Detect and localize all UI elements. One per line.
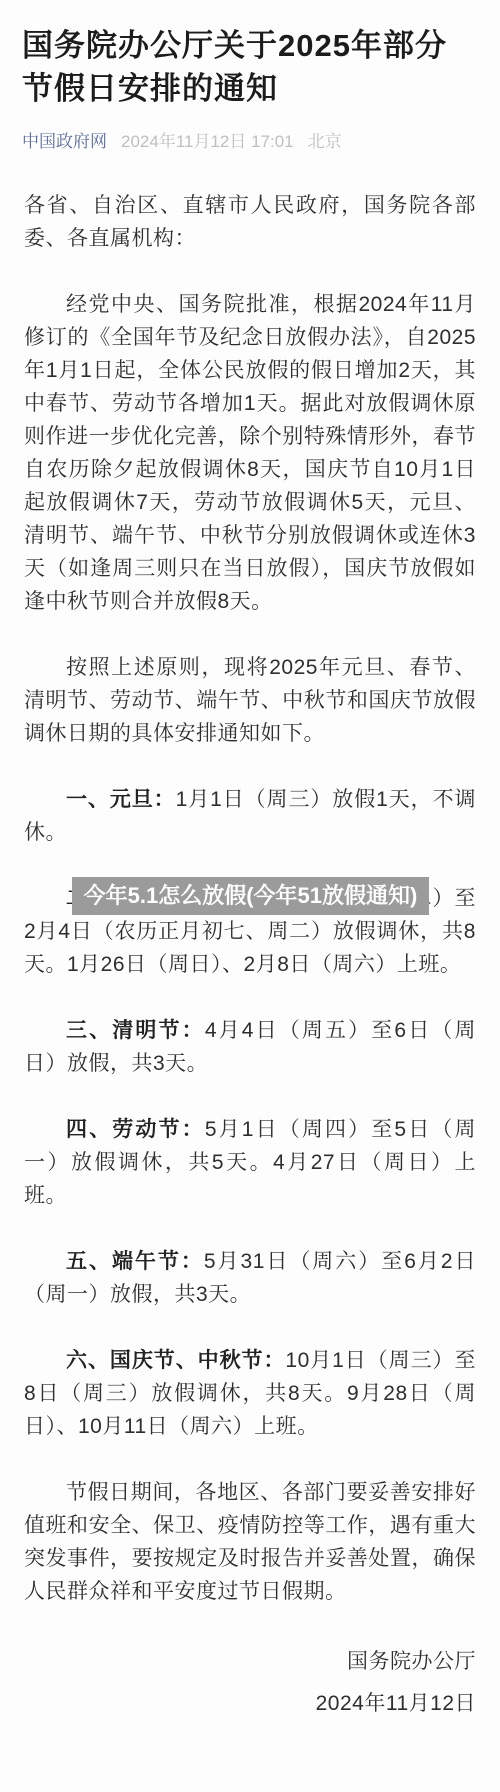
- holiday-item-lead: 五、端午节：: [66, 1250, 204, 1273]
- signature-date: 2024年11月12日: [316, 1692, 476, 1715]
- holiday-item-lead: 六、国庆节、中秋节：: [66, 1349, 285, 1372]
- closing-paragraph: 节假日期间，各地区、各部门要妥善安排好值班和安全、保卫、疫情防控等工作，遇有重大…: [24, 1476, 476, 1608]
- article-page: 国务院办公厅关于2025年部分节假日安排的通知 中国政府网 2024年11月12…: [0, 0, 500, 1792]
- holiday-item-qingming: 三、清明节：4月4日（周五）至6日（周日）放假，共3天。: [24, 1014, 476, 1080]
- page-title: 国务院办公厅关于2025年部分节假日安排的通知: [22, 24, 478, 110]
- article-meta: 中国政府网 2024年11月12日 17:01 北京: [22, 127, 478, 152]
- publish-location: 北京: [308, 127, 342, 152]
- paragraph: 按照上述原则，现将2025年元旦、春节、清明节、劳动节、端午节、中秋节和国庆节放…: [24, 651, 476, 750]
- article-header: 国务院办公厅关于2025年部分节假日安排的通知 中国政府网 2024年11月12…: [0, 0, 500, 152]
- watermark-overlay: 今年5.1怎么放假(今年51放假通知): [72, 877, 429, 915]
- article-body: 各省、自治区、直辖市人民政府，国务院各部委、各直属机构： 经党中央、国务院批准，…: [0, 152, 500, 1725]
- signature-org: 国务院办公厅: [347, 1650, 476, 1673]
- salutation: 各省、自治区、直辖市人民政府，国务院各部委、各直属机构：: [24, 189, 476, 255]
- holiday-item-labor-day: 四、劳动节：5月1日（周四）至5日（周一）放假调休，共5天。4月27日（周日）上…: [24, 1113, 476, 1212]
- signature-block: 国务院办公厅 2024年11月12日: [24, 1641, 476, 1725]
- holiday-item-lead: 四、劳动节：: [66, 1118, 205, 1141]
- holiday-item-dragon-boat: 五、端午节：5月31日（周六）至6月2日（周一）放假，共3天。: [24, 1245, 476, 1311]
- publish-timestamp: 2024年11月12日 17:01: [121, 127, 294, 152]
- paragraph: 经党中央、国务院批准，根据2024年11月修订的《全国年节及纪念日放假办法》，自…: [24, 288, 476, 618]
- holiday-item-national-day: 六、国庆节、中秋节：10月1日（周三）至8日（周三）放假调休，共8天。9月28日…: [24, 1344, 476, 1443]
- holiday-item-lead: 三、清明节：: [66, 1019, 205, 1042]
- source-link[interactable]: 中国政府网: [22, 127, 107, 152]
- holiday-item-lead: 一、元旦：: [66, 788, 176, 811]
- holiday-item-new-year: 一、元旦：1月1日（周三）放假1天，不调休。: [24, 783, 476, 849]
